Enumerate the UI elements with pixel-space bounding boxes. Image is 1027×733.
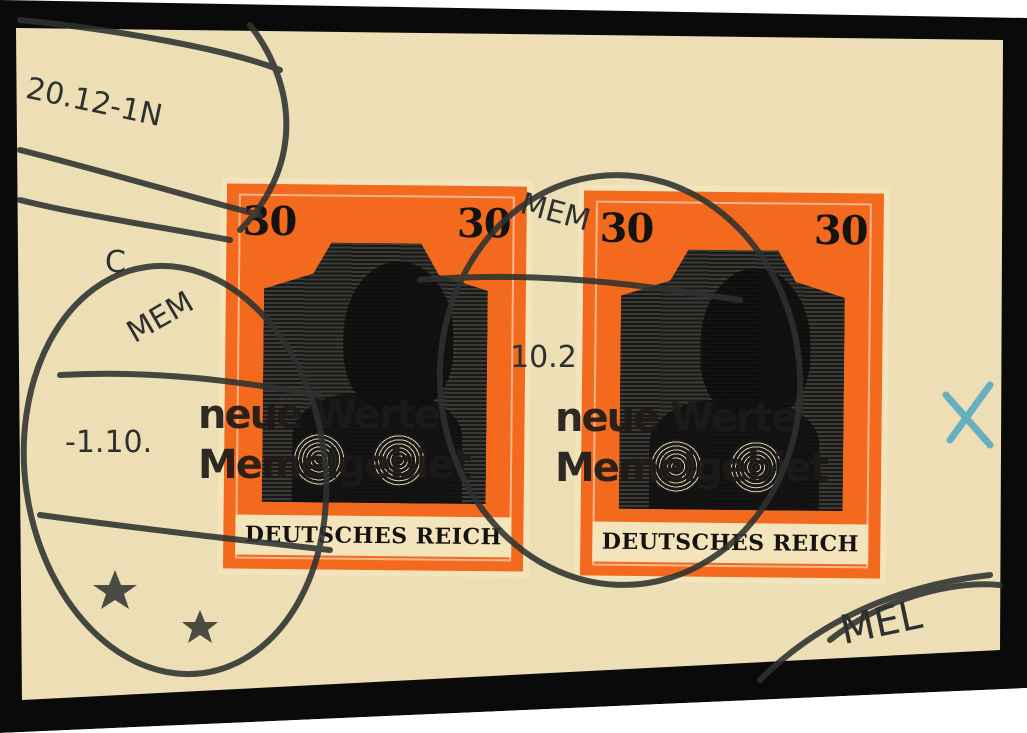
postmark-date-left: -1.10.	[65, 425, 152, 460]
postmark-letter: C	[105, 245, 126, 280]
postmark-date-center: 10.2	[510, 340, 577, 375]
